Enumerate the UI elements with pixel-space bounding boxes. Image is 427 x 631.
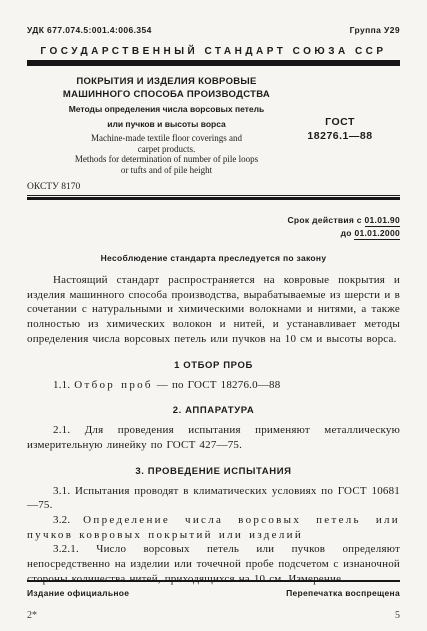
reprint-notice: Перепечатка воспрещена: [286, 588, 400, 598]
validity-to-line: до 01.01.2000: [27, 227, 400, 240]
title-en-line: or tufts and of pile height: [53, 165, 280, 176]
validity-from-text: Срок действия с: [287, 215, 364, 225]
title-divider: [27, 195, 400, 200]
section-heading: 3. ПРОВЕДЕНИЕ ИСПЫТАНИЯ: [27, 466, 400, 477]
subtitle-ru-line: Методы определения числа ворсовых петель: [53, 103, 280, 116]
paragraph: Настоящий стандарт распространяется на к…: [27, 273, 400, 347]
signature-mark: 2*: [27, 610, 37, 621]
title-ru-line: МАШИННОГО СПОСОБА ПРОИЗВОДСТВА: [53, 88, 280, 101]
group-code: Группа У29: [350, 25, 400, 35]
title-left-column: ПОКРЫТИЯ И ИЗДЕЛИЯ КОВРОВЫЕ МАШИННОГО СП…: [27, 75, 280, 175]
footer-numbers: 2* 5: [27, 610, 400, 621]
sections: 1 ОТБОР ПРОБ1.1. Отбор проб — по ГОСТ 18…: [27, 360, 400, 587]
title-divider-thick-line: [27, 197, 400, 200]
org-header: ГОСУДАРСТВЕННЫЙ СТАНДАРТ СОЮЗА ССР: [27, 46, 400, 57]
validity-from-line: Срок действия с 01.01.90: [27, 214, 400, 227]
title-en-line: Machine-made textile floor coverings and: [53, 133, 280, 144]
text-run: 1.1.: [53, 379, 74, 391]
title-en-line: carpet products.: [53, 144, 280, 155]
text-run: Настоящий стандарт распространяется на к…: [27, 274, 400, 345]
text-run: Отбор проб: [74, 379, 153, 391]
title-block: ПОКРЫТИЯ И ИЗДЕЛИЯ КОВРОВЫЕ МАШИННОГО СП…: [27, 75, 400, 175]
gost-designation: ГОСТ 18276.1—88: [280, 75, 400, 175]
meta-row: УДК 677.074.5:001.4:006.354 Группа У29: [27, 25, 400, 35]
gost-standard-page: УДК 677.074.5:001.4:006.354 Группа У29 Г…: [0, 0, 427, 631]
footer-labels: Издание официальное Перепечатка воспреще…: [27, 588, 400, 598]
section-heading: 2. АППАРАТУРА: [27, 405, 400, 416]
text-run: 3.1. Испытания проводят в климатических …: [27, 485, 400, 512]
edition-label: Издание официальное: [27, 588, 129, 598]
subtitle-ru-line: или пучков и высоты ворса: [53, 118, 280, 131]
paragraph: 3.1. Испытания проводят в климатических …: [27, 484, 400, 513]
title-ru-line: ПОКРЫТИЯ И ИЗДЕЛИЯ КОВРОВЫЕ: [53, 75, 280, 88]
intro-paragraph-slot: Настоящий стандарт распространяется на к…: [27, 273, 400, 347]
section-heading: 1 ОТБОР ПРОБ: [27, 360, 400, 371]
paragraph: 3.2. Определение числа ворсовых петель и…: [27, 513, 400, 542]
paragraph: 2.1. Для проведения испытания применяют …: [27, 423, 400, 452]
title-en-line: Methods for determination of number of p…: [53, 154, 280, 165]
footer-divider: [27, 580, 400, 582]
text-run: — по ГОСТ 18276.0—88: [153, 379, 281, 391]
law-notice: Несоблюдение стандарта преследуется по з…: [27, 253, 400, 263]
page-number: 5: [395, 610, 400, 621]
text-run: Определение числа ворсовых петель или пу…: [27, 514, 400, 541]
page-content: УДК 677.074.5:001.4:006.354 Группа У29 Г…: [0, 0, 427, 587]
udk-code: УДК 677.074.5:001.4:006.354: [27, 25, 152, 35]
okstu-code: ОКСТУ 8170: [27, 182, 400, 192]
validity-to-date: 01.01.2000: [354, 228, 400, 240]
validity-to-text: до: [341, 228, 355, 238]
text-run: 3.2.: [53, 514, 83, 526]
paragraph: 1.1. Отбор проб — по ГОСТ 18276.0—88: [27, 378, 400, 393]
header-divider-bar: [27, 60, 400, 66]
title-en-block: Machine-made textile floor coverings and…: [53, 133, 280, 175]
text-run: 3.2.1. Число ворсовых петель или пучков …: [27, 543, 400, 584]
document-body: Настоящий стандарт распространяется на к…: [27, 273, 400, 587]
gost-number: 18276.1—88: [280, 129, 400, 143]
validity-block: Срок действия с 01.01.90 до 01.01.2000: [27, 214, 400, 240]
page-footer: Издание официальное Перепечатка воспреще…: [27, 580, 400, 621]
gost-label: ГОСТ: [280, 115, 400, 129]
validity-from-date: 01.01.90: [365, 215, 401, 227]
text-run: 2.1. Для проведения испытания применяют …: [27, 424, 400, 451]
